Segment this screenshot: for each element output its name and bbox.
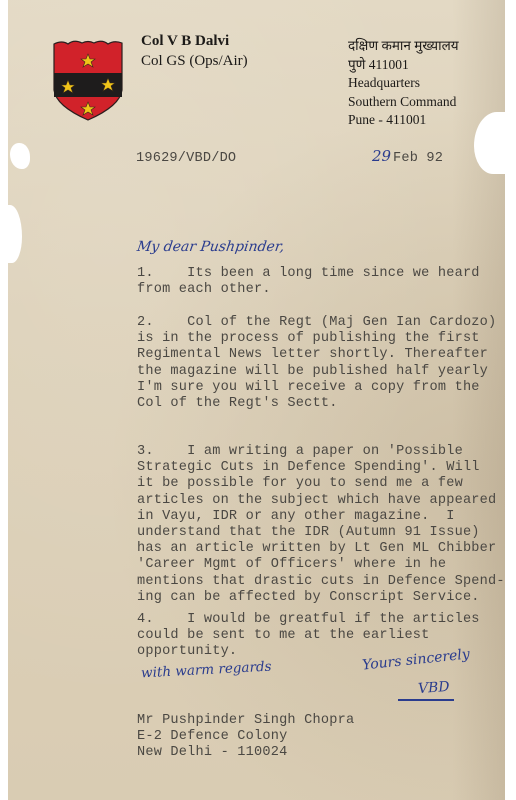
paper-tear-hole — [10, 143, 30, 169]
hq-pin-hindi: पुणे 411001 — [348, 56, 459, 75]
hq-address-hindi: दक्षिण कमान मुख्यालय — [348, 37, 459, 56]
date-day-handwritten: 29 — [372, 147, 391, 165]
hq-address-line: Pune - 411001 — [348, 111, 459, 130]
sender-appointment: Col GS (Ops/Air) — [141, 51, 248, 71]
salutation: My dear Pushpinder, — [136, 239, 286, 255]
page-margin-left — [0, 0, 8, 800]
hq-address-line: Headquarters — [348, 74, 459, 93]
addressee-block: Mr Pushpinder Singh Chopra E-2 Defence C… — [137, 713, 354, 762]
sender-name: Col V B Dalvi — [141, 31, 248, 51]
paragraph-2: 2. Col of the Regt (Maj Gen Ian Cardozo)… — [137, 315, 496, 412]
regimental-crest-icon — [52, 40, 124, 122]
reference-number: 19629/VBD/DO — [136, 151, 236, 167]
date-month-year: Feb 92 — [393, 151, 443, 167]
paragraph-3: 3. I am writing a paper on 'Possible Str… — [137, 444, 505, 606]
hq-address-block: दक्षिण कमान मुख्यालय पुणे 411001 Headqua… — [348, 37, 459, 130]
sender-block: Col V B Dalvi Col GS (Ops/Air) — [141, 31, 248, 71]
signature: VBD — [417, 679, 450, 697]
paragraph-1: 1. Its been a long time since we heard f… — [137, 266, 480, 298]
signature-underline — [398, 699, 454, 701]
paper-tear-edge — [474, 112, 516, 174]
hq-address-line: Southern Command — [348, 93, 459, 112]
